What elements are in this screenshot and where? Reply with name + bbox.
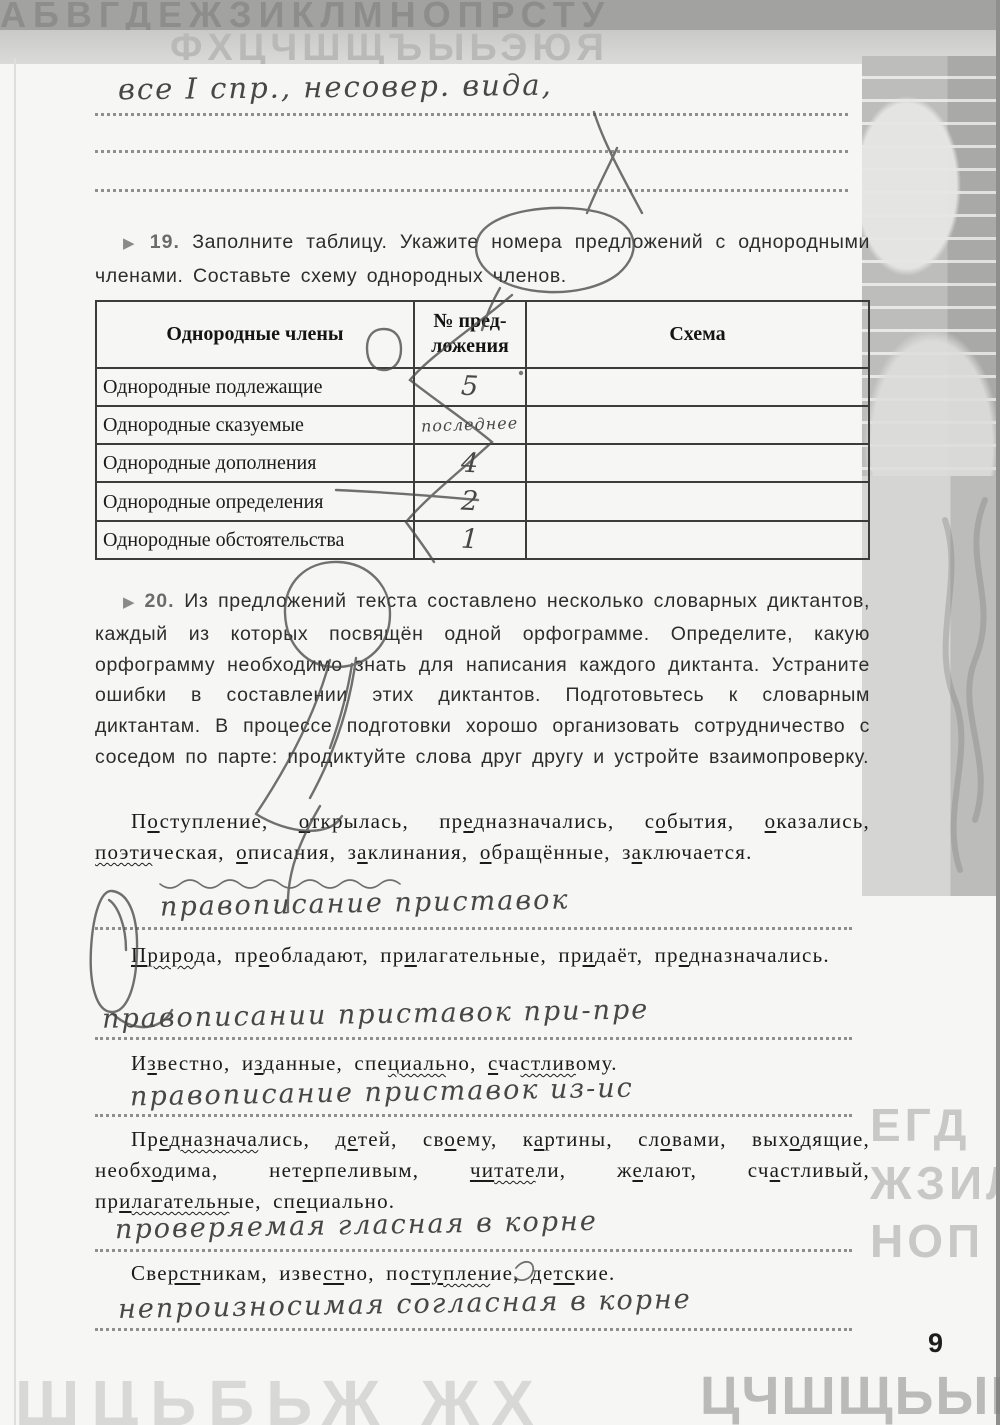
orthogram-mark: а [534, 1127, 545, 1151]
handwritten-value: 4 [461, 447, 480, 479]
schema-cell [526, 368, 869, 406]
orthogram-mark: е [679, 943, 689, 967]
table-row: Однородные обстоятельства 1 [96, 521, 869, 559]
right-margin-decoration-middle [862, 476, 1000, 896]
page-number: 9 [928, 1328, 943, 1358]
row-label: Однородные обстоятельства [96, 521, 414, 559]
orthogram-mark: о [152, 1158, 163, 1182]
right-margin-letter-line: НОП [870, 1212, 1000, 1270]
orthogram-mark: риро [147, 943, 194, 967]
exercise-19-instruction: ▶ 19. Заполните таблицу. Укажите номера … [95, 226, 870, 293]
orthogram-mark: е [259, 943, 270, 967]
pen-stroke [594, 112, 642, 213]
orthogram-mark: о [655, 809, 667, 833]
orthogram-mark: а [632, 840, 643, 864]
row-label: Однородные сказуемые [96, 406, 414, 444]
word-list-1: Поступление, открылась, предназначались,… [95, 806, 870, 868]
orthogram-mark: а [770, 1158, 781, 1182]
exercise-20-text: Из предложений текста составлено несколь… [95, 590, 870, 768]
schema-cell [526, 521, 869, 559]
ruled-line [95, 150, 848, 153]
orthogram-mark: дназнача [169, 1127, 258, 1151]
schema-cell [526, 406, 869, 444]
orthogram-mark: з [147, 1051, 157, 1075]
handwritten-value: 2 [461, 486, 480, 518]
row-label: Однородные определения [96, 482, 414, 520]
exercise-marker-icon: ▶ [123, 594, 135, 611]
handwritten-answer-5: непроизносимая согласная в корне [118, 1284, 692, 1325]
answer-line [95, 1037, 852, 1040]
orthogram-mark: тате [494, 1158, 536, 1182]
workbook-page: АБВГДЕЖЗИКЛМНОПРСТУ ФХЦЧШЩЪЫЬЭЮЯ ЕГД ЖЗИ… [0, 0, 1000, 1425]
pen-stroke [587, 148, 617, 213]
pen-stroke [160, 880, 400, 888]
orthogram-mark: е [296, 1189, 307, 1213]
orthogram-mark: стлив [520, 1051, 575, 1075]
orthogram-mark: плен [443, 1261, 490, 1285]
right-margin-letter-line: ЖЗИЛ [870, 1154, 1000, 1212]
orthogram-mark: е [159, 1127, 169, 1151]
right-margin-letter-line: ЕГД [870, 1096, 1000, 1154]
exercise-19-number: 19. [150, 231, 180, 253]
orthogram-mark: лагательн [132, 1189, 230, 1213]
page-edge-line [14, 58, 16, 1425]
orthogram-mark: рст [168, 1261, 201, 1285]
bottom-banner-letters-left: ШЦЬБЬЖ ЖХ [15, 1368, 705, 1425]
table-header-sentence-number: № пред- ложения [414, 301, 526, 368]
orthogram-mark: поэти [95, 840, 152, 864]
orthogram-mark: и [119, 1189, 131, 1213]
table-row: Однородные определения 2 [96, 482, 869, 520]
ruled-line [95, 113, 848, 116]
orthogram-mark: с [488, 1051, 498, 1075]
orthogram-mark: о [299, 809, 310, 833]
exercise-20-number: 20. [144, 590, 174, 612]
right-margin-decoration-top [862, 56, 1000, 476]
row-label: Однородные подлежащие [96, 368, 414, 406]
word-list-4: Предназначались, детей, своему, картины,… [95, 1124, 870, 1217]
handwritten-note-top: все I спр., несовер. вида, [118, 68, 553, 107]
orthogram-mark: и [583, 943, 595, 967]
orthogram-mark: е [463, 809, 473, 833]
orthogram-mark: о [444, 1127, 456, 1151]
table-header-members: Однородные члены [96, 301, 414, 368]
schema-cell [526, 482, 869, 520]
handwritten-value: 1 [461, 524, 480, 556]
orthogram-mark: чи [470, 1158, 494, 1182]
ruled-line [95, 189, 848, 192]
table-row: Однородные дополнения 4 [96, 444, 869, 482]
homogeneous-members-table: Однородные члены № пред- ложения Схема О… [95, 300, 870, 560]
word-list-2: Природа, преобладают, прилагательные, пр… [95, 940, 870, 971]
word-list-5: Сверстникам, известно, поступление, детс… [95, 1258, 870, 1289]
orthogram-mark: и [404, 943, 416, 967]
exercise-19-text: Заполните таблицу. Укажите номера предло… [95, 231, 870, 287]
orthogram-mark: о [789, 1127, 800, 1151]
orthogram-mark: е [303, 1158, 314, 1182]
orthogram-mark: о [147, 809, 159, 833]
orthogram-mark: тс [553, 1261, 574, 1285]
answer-line [95, 1328, 852, 1331]
table-header-row: Однородные члены № пред- ложения Схема [96, 301, 869, 368]
answer-line [95, 1249, 852, 1252]
orthogram-mark: о [480, 840, 492, 864]
handwritten-value: последнее [421, 413, 519, 435]
top-banner-letters-row2: ФХЦЧШЩЪЫЬЭЮЯ [0, 30, 1000, 64]
table-row: Однородные подлежащие 5 [96, 368, 869, 406]
top-banner-letters-row1: АБВГДЕЖЗИКЛМНОПРСТУ [0, 0, 1000, 30]
answer-line [95, 927, 852, 930]
exercise-marker-icon: ▶ [123, 235, 137, 252]
book-edge-shadow [996, 0, 1000, 1425]
row-label: Однородные дополнения [96, 444, 414, 482]
handwritten-value: 5 [461, 371, 480, 403]
bottom-banner-letters-right: ЦЧШЩЬЫЬ [700, 1364, 1000, 1425]
right-margin-letters: ЕГД ЖЗИЛ НОП [870, 1096, 1000, 1270]
orthogram-mark: е [347, 1127, 358, 1151]
orthogram-mark: сту [411, 1261, 443, 1285]
exercise-20-instruction: ▶ 20. Из предложений текста составлено н… [95, 586, 870, 773]
table-header-schema: Схема [526, 301, 869, 368]
orthogram-mark: П [131, 943, 147, 967]
orthogram-mark: о [765, 809, 777, 833]
handwritten-answer-2: правописании приставок при-пре [102, 994, 650, 1035]
orthogram-mark: а [357, 840, 368, 864]
orthogram-mark: ст [323, 1261, 344, 1285]
orthogram-mark: циаль [388, 1051, 446, 1075]
orthogram-mark: о [660, 1127, 672, 1151]
orthogram-mark: о [236, 840, 248, 864]
schema-cell [526, 444, 869, 482]
orthogram-mark: з [254, 1051, 263, 1075]
orthogram-mark: е [632, 1158, 643, 1182]
handwritten-answer-1: правописание приставок [160, 884, 570, 922]
answer-line [95, 1114, 852, 1117]
table-row: Однородные сказуемые последнее [96, 406, 869, 444]
